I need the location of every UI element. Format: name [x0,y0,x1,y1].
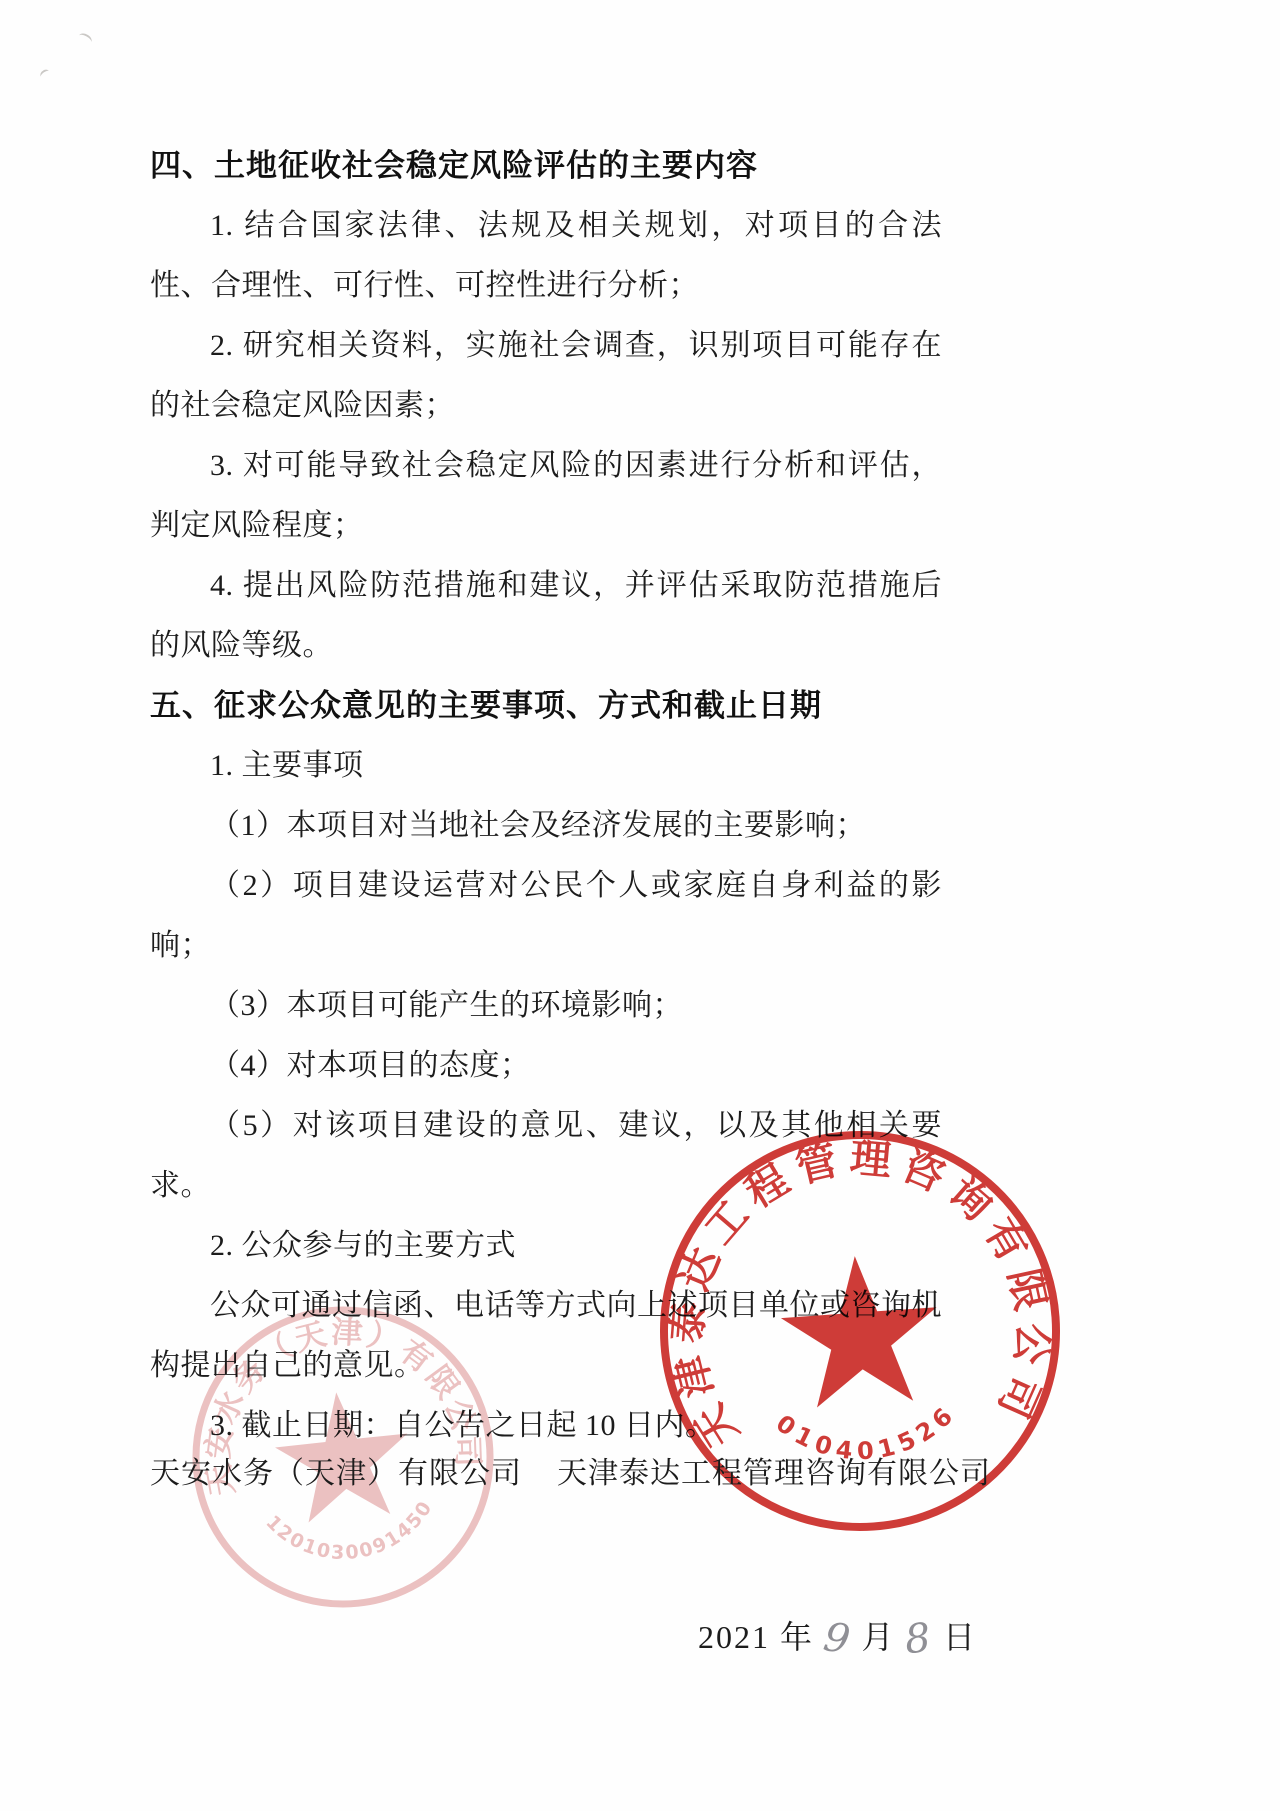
date-year: 2021 年 [698,1619,814,1655]
date-month-handwritten: 9 [821,1617,855,1661]
seal-serial-arc-left: 1201030091450 [260,1494,442,1572]
star-icon [777,1251,943,1410]
date-month-label: 月 [861,1619,895,1655]
signature-date: 2021 年 9 月 8 日 [698,1612,998,1659]
section4-heading: 四、土地征收社会稳定风险评估的主要内容 [150,136,942,196]
scanned-page: 四、土地征收社会稳定风险评估的主要内容 1. 结合国家法律、法规及相关规划，对项… [0,0,1280,1811]
section5-subitem-2: （2）项目建设运营对公民个人或家庭自身利益的影响； [150,856,942,976]
date-day-handwritten: 8 [903,1618,934,1661]
section5-subitem-3: （3）本项目可能产生的环境影响； [150,976,942,1036]
section4-item-3: 3. 对可能导致社会稳定风险的因素进行分析和评估，判定风险程度； [150,436,942,556]
section5-heading: 五、征求公众意见的主要事项、方式和截止日期 [150,676,942,736]
section4-item-4: 4. 提出风险防范措施和建议，并评估采取防范措施后的风险等级。 [150,556,942,676]
pencil-mark [39,68,52,80]
section5-subitem-4: （4）对本项目的态度； [150,1036,942,1096]
section4-item-1: 1. 结合国家法律、法规及相关规划，对项目的合法性、合理性、可行性、可控性进行分… [150,196,942,316]
signature-company-right: 天津泰达工程管理咨询有限公司 [557,1448,991,1492]
signature-company-left: 天安水务（天津）有限公司 [150,1448,522,1492]
pencil-mark [76,31,93,46]
section5-item1-title: 1. 主要事项 [150,736,942,796]
section5-subitem-1: （1）本项目对当地社会及经济发展的主要影响； [150,796,942,856]
date-day-label: 日 [943,1619,977,1655]
section4-item-2: 2. 研究相关资料，实施社会调查，识别项目可能存在的社会稳定风险因素； [150,316,942,436]
